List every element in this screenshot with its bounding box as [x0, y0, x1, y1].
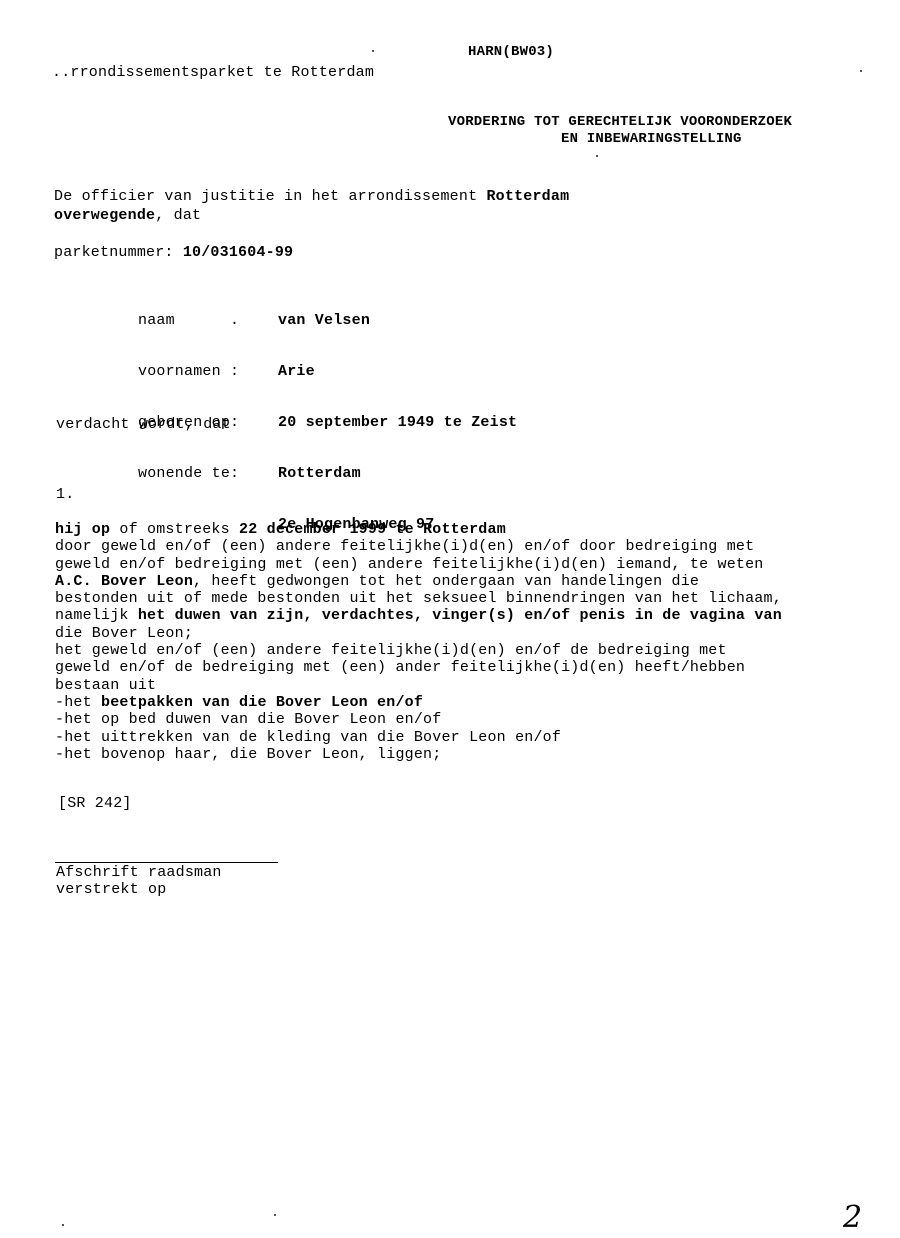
charge-text-bold: het duwen van zijn, verdachtes, vinger(s… [138, 607, 782, 624]
field-value: Rotterdam [278, 465, 361, 482]
charge-text-bold: 22 december 1999 te Rotterdam [239, 521, 506, 538]
field-value: Arie [278, 363, 315, 380]
charge-line: bestonden uit of mede bestonden uit het … [55, 590, 782, 607]
field-label: voornamen : [138, 363, 278, 380]
case-number: parketnummer: 10/031604-99 [54, 244, 293, 261]
charge-text: geweld en/of de bedreiging met (een) and… [55, 659, 745, 676]
document-code: HARN(BW03) [468, 44, 554, 61]
suspect-details: naam .van Velsen voornamen :Arie geboren… [138, 278, 517, 550]
charge-text: -het [55, 694, 101, 711]
charge-line: door geweld en/of (een) andere feitelijk… [55, 538, 782, 555]
field-value: van Velsen [278, 312, 370, 329]
count-number: 1. [56, 486, 74, 503]
charge-line: -het op bed duwen van die Bover Leon en/… [55, 711, 782, 728]
case-number-label: parketnummer: [54, 244, 183, 261]
suspect-row-firstnames: voornamen :Arie [138, 363, 517, 380]
charge-line: die Bover Leon; [55, 625, 782, 642]
copy-note-line-1: Afschrift raadsman [56, 864, 222, 881]
intro-line-2: overwegende, dat [54, 207, 201, 224]
charge-line: -het uittrekken van de kleding van die B… [55, 729, 782, 746]
charge-line: A.C. Bover Leon, heeft gedwongen tot het… [55, 573, 782, 590]
charge-line: -het bovenop haar, die Bover Leon, ligge… [55, 746, 782, 763]
copy-note-line-2: verstrekt op [56, 881, 222, 898]
charge-text: bestaan uit [55, 677, 156, 694]
field-label: naam . [138, 312, 278, 329]
charge-text-bold: hij op [55, 521, 119, 538]
charge-text: of omstreeks [119, 521, 239, 538]
scan-speck [372, 50, 374, 52]
office-name-text: ..rrondissementsparket te Rotterdam [52, 64, 374, 81]
charge-line: het geweld en/of (een) andere feitelijkh… [55, 642, 782, 659]
considering-suffix: , dat [155, 207, 201, 224]
charge-text: -het op bed duwen van die Bover Leon en/… [55, 711, 441, 728]
page-number: 2 [843, 1200, 862, 1235]
signature-rule [55, 862, 278, 863]
charge-text: die Bover Leon; [55, 625, 193, 642]
suspect-row-residence: wonende te:Rotterdam [138, 465, 517, 482]
scan-speck [596, 155, 598, 157]
suspected-heading: verdacht wordt, dat [56, 416, 231, 433]
intro-line-1: De officier van justitie in het arrondis… [54, 188, 569, 205]
charge-line: geweld en/of de bedreiging met (een) and… [55, 659, 782, 676]
charge-text: , heeft gedwongen tot het ondergaan van … [193, 573, 699, 590]
charge-text-bold: A.C. Bover Leon [55, 573, 193, 590]
charge-text: hij op of omstreeks 22 december 1999 te … [55, 521, 782, 763]
document-title-line-1: VORDERING TOT GERECHTELIJK VOORONDERZOEK [448, 114, 792, 131]
field-label: wonende te: [138, 465, 278, 482]
charge-text: -het bovenop haar, die Bover Leon, ligge… [55, 746, 441, 763]
intro-text: De officier van justitie in het arrondis… [54, 188, 486, 205]
charge-text: -het uittrekken van de kleding van die B… [55, 729, 561, 746]
charge-text: geweld en/of bedreiging met (een) andere… [55, 556, 764, 573]
intro-district: Rotterdam [486, 188, 569, 205]
scan-speck [860, 70, 862, 72]
office-name: ..rrondissementsparket te Rotterdam [52, 64, 374, 81]
charge-text: het geweld en/of (een) andere feitelijkh… [55, 642, 727, 659]
charge-line: geweld en/of bedreiging met (een) andere… [55, 556, 782, 573]
considering-word: overwegende [54, 207, 155, 224]
suspect-row-surname: naam .van Velsen [138, 312, 517, 329]
document-title-line-2: EN INBEWARINGSTELLING [561, 131, 742, 148]
charge-text: namelijk [55, 607, 138, 624]
charge-line: hij op of omstreeks 22 december 1999 te … [55, 521, 782, 538]
charge-line: bestaan uit [55, 677, 782, 694]
scan-speck [274, 1214, 276, 1216]
statute-reference: [SR 242] [58, 795, 132, 812]
charge-text-bold: beetpakken van die Bover Leon en/of [101, 694, 423, 711]
charge-line: namelijk het duwen van zijn, verdachtes,… [55, 607, 782, 624]
copy-note: Afschrift raadsmanverstrekt op [56, 864, 222, 898]
field-value: 20 september 1949 te Zeist [278, 414, 517, 431]
charge-text: bestonden uit of mede bestonden uit het … [55, 590, 782, 607]
scan-speck [62, 1224, 64, 1226]
case-number-value: 10/031604-99 [183, 244, 293, 261]
charge-line: -het beetpakken van die Bover Leon en/of [55, 694, 782, 711]
charge-text: door geweld en/of (een) andere feitelijk… [55, 538, 754, 555]
